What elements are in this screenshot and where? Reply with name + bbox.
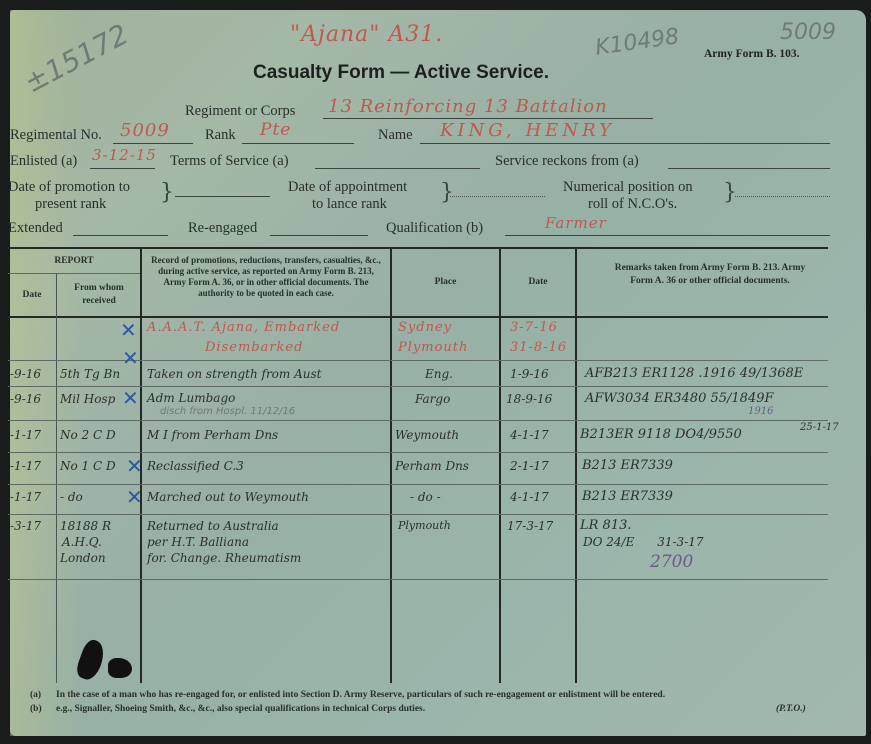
- army-form-number: Army Form B. 103.: [704, 48, 800, 60]
- date-cell: -1-17: [10, 490, 41, 504]
- appointment-line: [450, 196, 545, 197]
- rank-line: [242, 143, 354, 144]
- nco-label-1: Numerical position on: [563, 179, 693, 196]
- from-cell: London: [60, 551, 106, 565]
- header-from-whom: From whom received: [60, 282, 138, 308]
- row-line: [8, 420, 828, 421]
- place-cell: Plymouth: [398, 340, 468, 355]
- extended-label: Extended: [8, 220, 63, 237]
- promotion-label-2: present rank: [35, 196, 106, 213]
- name-line: [420, 143, 830, 144]
- ink-stain: [108, 658, 132, 678]
- from-cell: No 2 C D: [60, 428, 116, 442]
- service-reckons-label: Service reckons from (a): [495, 153, 639, 170]
- place-cell: Plymouth: [398, 519, 451, 532]
- header-record: Record of promotions, reductions, transf…: [146, 255, 386, 299]
- check-mark-icon: ✕: [122, 346, 139, 370]
- date-cell: 17-3-17: [507, 519, 553, 533]
- place-cell: Perham Dns: [395, 459, 469, 473]
- header-date: Date: [8, 289, 56, 302]
- regiment-field-line: [323, 118, 653, 119]
- footnote-a-marker: (a): [30, 690, 41, 700]
- remarks-cell: B213 ER7339: [582, 458, 673, 473]
- record-cell-note: disch from Hospl. 11/12/16: [160, 406, 295, 417]
- promotion-label-1: Date of promotion to: [8, 179, 130, 196]
- place-cell: Weymouth: [395, 428, 459, 442]
- service-reckons-line: [668, 168, 830, 169]
- pto-note: (P.T.O.): [776, 704, 806, 714]
- promotion-line: [175, 196, 270, 197]
- enlisted-value[interactable]: 3-12-15: [92, 146, 157, 164]
- col-divider-place: [499, 247, 501, 683]
- remarks-cell: LR 813.: [580, 518, 632, 533]
- footnote-a-text: In the case of a man who has re-engaged …: [56, 690, 665, 700]
- appointment-label-1: Date of appointment: [288, 179, 407, 196]
- from-cell: No 1 C D: [60, 459, 116, 473]
- date-cell: 1-9-16: [510, 367, 549, 381]
- remarks-cell: DO 24/E 31-3-17: [583, 535, 704, 549]
- check-mark-icon: ✕: [126, 454, 143, 478]
- regiment-label: Regiment or Corps: [185, 103, 295, 120]
- date-cell: 3-7-16: [510, 320, 558, 335]
- footnote-b-marker: (b): [30, 704, 42, 714]
- place-cell: - do -: [410, 490, 441, 504]
- name-label: Name: [378, 127, 413, 144]
- regimental-no-line: [113, 143, 193, 144]
- from-cell: A.H.Q.: [62, 535, 102, 549]
- header-remarks: Remarks taken from Army Form B. 213. Arm…: [610, 262, 810, 288]
- header-report: REPORT: [8, 255, 140, 268]
- place-cell: Fargo: [415, 392, 450, 406]
- brace: }: [723, 180, 737, 205]
- row-line: [8, 579, 828, 580]
- place-cell: Eng.: [425, 367, 453, 381]
- date-cell: -1-17: [10, 428, 41, 442]
- regiment-value[interactable]: 13 Reinforcing 13 Battalion: [328, 96, 608, 117]
- regimental-no-value[interactable]: 5009: [120, 120, 170, 141]
- footnote-b-text: e.g., Signaller, Shoeing Smith, &c., &c.…: [56, 704, 425, 714]
- from-cell: 18188 R: [60, 519, 111, 533]
- date-cell: 4-1-17: [510, 490, 549, 504]
- remarks-cell: AFB213 ER1128 .1916 49/1368E: [585, 366, 803, 381]
- row-line: [8, 452, 828, 453]
- remarks-cell: AFW3034 ER3480 55/1849F: [585, 391, 774, 406]
- remarks-note: 2700: [650, 552, 693, 572]
- pencil-number-top-right: 5009: [780, 20, 836, 45]
- record-cell: Disembarked: [205, 340, 303, 355]
- header-date2: Date: [502, 276, 574, 289]
- record-cell: for. Change. Rheumatism: [147, 551, 301, 565]
- remarks-cell: B213 ER7339: [582, 489, 673, 504]
- terms-label: Terms of Service (a): [170, 153, 289, 170]
- record-cell: Taken on strength from Aust: [147, 367, 321, 381]
- ship-annotation: "Ajana" A31.: [290, 22, 443, 47]
- report-divider: [8, 273, 140, 274]
- date-cell: 4-1-17: [510, 428, 549, 442]
- enlisted-label: Enlisted (a): [10, 153, 77, 170]
- row-line: [8, 514, 828, 515]
- record-cell: Returned to Australia: [147, 519, 279, 533]
- record-cell: A.A.A.T. Ajana, Embarked: [147, 320, 340, 335]
- reengaged-line: [270, 235, 368, 236]
- enlisted-line: [90, 168, 155, 169]
- from-cell: Mil Hosp: [60, 392, 115, 406]
- table-top-border: [8, 247, 828, 249]
- rank-value[interactable]: Pte: [260, 120, 291, 140]
- nco-line: [735, 196, 830, 197]
- header-place: Place: [393, 276, 498, 289]
- record-cell: Adm Lumbago: [147, 391, 235, 405]
- record-cell: Marched out to Weymouth: [147, 490, 309, 504]
- name-value[interactable]: KING, HENRY: [440, 120, 615, 141]
- record-cell: M I from Perham Dns: [147, 428, 278, 442]
- brace: }: [440, 180, 454, 205]
- date-cell: 31-8-16: [510, 340, 567, 355]
- qualification-value[interactable]: Farmer: [545, 214, 607, 232]
- date-cell: 2-1-17: [510, 459, 549, 473]
- qualification-label: Qualification (b): [386, 220, 483, 237]
- col-divider-record: [390, 247, 392, 683]
- appointment-label-2: to lance rank: [312, 196, 387, 213]
- date-cell: -9-16: [10, 392, 41, 406]
- brace: }: [160, 180, 174, 205]
- place-cell: Sydney: [398, 320, 452, 335]
- date-cell: 18-9-16: [506, 392, 552, 406]
- rank-label: Rank: [205, 127, 236, 144]
- col-divider-date2: [575, 247, 577, 683]
- qualification-line: [505, 235, 830, 236]
- nco-label-2: roll of N.C.O's.: [588, 196, 677, 213]
- record-cell: Reclassified C.3: [147, 459, 244, 473]
- date-cell: -1-17: [10, 459, 41, 473]
- from-cell: - do: [60, 490, 83, 504]
- extended-line: [73, 235, 168, 236]
- form-title: Casualty Form — Active Service.: [253, 62, 549, 84]
- terms-line: [315, 168, 480, 169]
- check-mark-icon: ✕: [126, 485, 143, 509]
- col-divider-date: [56, 273, 57, 683]
- from-cell: 5th Tg Bn: [60, 367, 120, 381]
- remarks-cell: B213ER 9118 DO4/9550: [580, 427, 742, 442]
- check-mark-icon: ✕: [122, 386, 139, 410]
- remarks-note: 25-1-17: [800, 422, 839, 433]
- remarks-note: 1916: [748, 406, 773, 417]
- record-cell: per H.T. Balliana: [147, 535, 249, 549]
- check-mark-icon: ✕: [120, 318, 137, 342]
- date-cell: -3-17: [10, 519, 41, 533]
- date-cell: -9-16: [10, 367, 41, 381]
- regimental-no-label: Regimental No.: [10, 127, 102, 144]
- reengaged-label: Re-engaged: [188, 220, 257, 237]
